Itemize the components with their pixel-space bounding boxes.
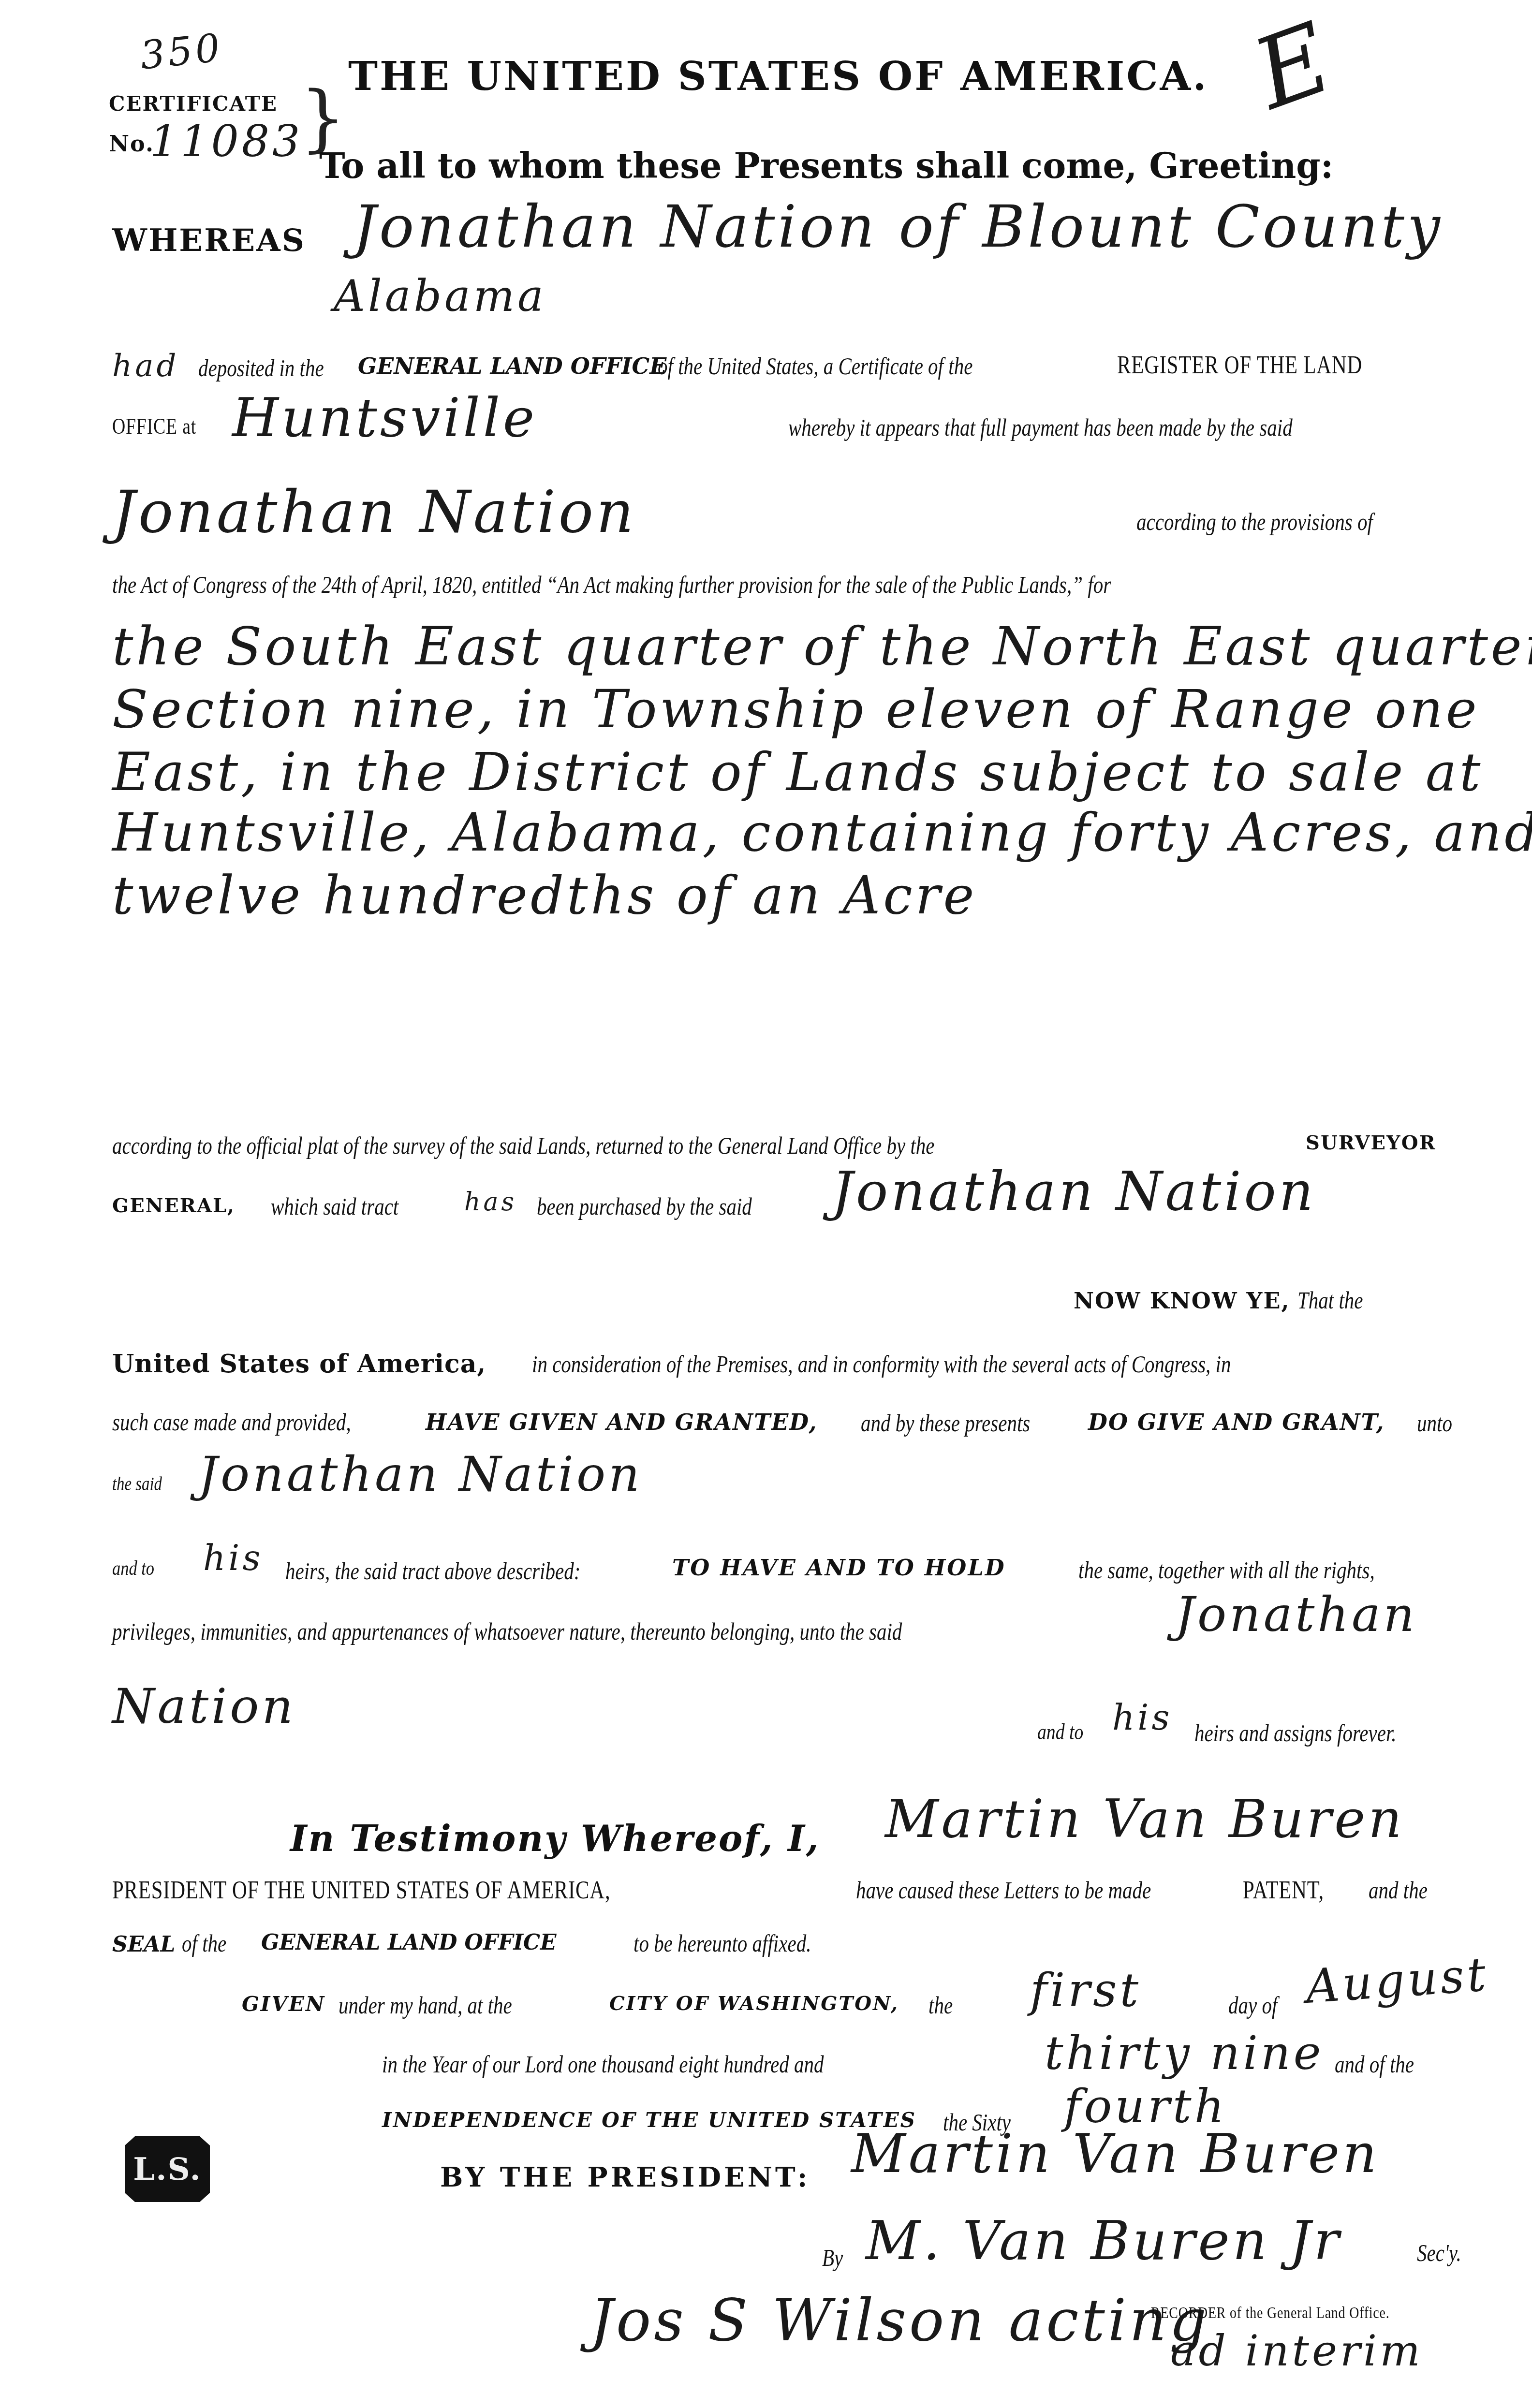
his-handwritten-2: his (1112, 1697, 1172, 1738)
grantee-name: Jonathan Nation (198, 1446, 643, 1502)
heirs-line: and to (112, 1557, 163, 1580)
survey-text-2: which said tract (271, 1192, 398, 1220)
payer-name: Jonathan Nation (112, 479, 636, 546)
land-description-line-5: twelve hundredths of an Acre (112, 866, 977, 926)
heirs-forever: heirs and assigns forever. (1194, 1719, 1397, 1747)
patent-label: PATENT, (1243, 1876, 1324, 1905)
and-the-text: and the (1369, 1876, 1428, 1904)
general-label: GENERAL, (112, 1194, 235, 1217)
and-of-the-text: and of the (1335, 2050, 1414, 2078)
president-line: PRESIDENT OF THE UNITED STATES OF AMERIC… (112, 1876, 610, 1905)
do-give-grant: DO GIVE AND GRANT, (1088, 1409, 1385, 1435)
united-states-of-america: United States of America, (112, 1349, 486, 1379)
day-handwritten: first (1030, 1963, 1141, 2017)
heirs-text: heirs, the said tract above described: (285, 1557, 580, 1585)
and-to-text: and to (112, 1557, 154, 1580)
certificate-number: 11083 (150, 116, 303, 167)
secretary-title: Sec'y. (1417, 2239, 1461, 2267)
privileges-text: privileges, immunities, and appurtenance… (112, 1617, 902, 1645)
under-hand-text: under my hand, at the (339, 1991, 512, 2019)
now-know-ye: NOW KNOW YE, (1074, 1288, 1290, 1314)
deposit-line: had deposited in the (112, 348, 352, 384)
had-handwritten: had (112, 348, 179, 384)
city-of-washington: CITY OF WASHINGTON, (609, 1992, 899, 2015)
year-text: in the Year of our Lord one thousand eig… (382, 2050, 824, 2078)
register-land: REGISTER OF THE LAND (1117, 351, 1362, 380)
affixed-text: to be hereunto affixed. (633, 1929, 811, 1957)
act-text: the Act of Congress of the 24th of April… (112, 571, 1111, 599)
survey-text-1: according to the official plat of the su… (112, 1131, 934, 1160)
grantee-name-county: Jonathan Nation of Blount County (353, 193, 1443, 261)
given-granted-line: such case made and provided, (112, 1408, 403, 1436)
by-text: By (822, 2244, 843, 2272)
purchaser-name: Jonathan Nation (832, 1160, 1316, 1222)
grantee-last-name: Nation (112, 1678, 296, 1734)
deposit-text-2: of the United States, a Certificate of t… (658, 352, 972, 380)
whereas-label: WHEREAS (112, 222, 306, 259)
certificate-brace: } (300, 82, 346, 155)
seal-text: L.S. (133, 2151, 202, 2188)
land-description-line-4: Huntsville, Alabama, containing forty Ac… (112, 803, 1532, 863)
year-handwritten: thirty nine (1045, 2026, 1324, 2080)
surveyor-label: SURVEYOR (1306, 1131, 1436, 1154)
seal-line: SEAL of the (112, 1929, 236, 1957)
grantee-state: Alabama (334, 271, 546, 322)
that-the: That the (1297, 1286, 1363, 1314)
by-the-president: BY THE PRESIDENT: (440, 2161, 810, 2193)
certificate-number-label: No. (109, 131, 154, 157)
same-text: the same, together with all the rights, (1078, 1556, 1375, 1584)
seal-ls: L.S. (125, 2136, 210, 2202)
payment-text: whereby it appears that full payment has… (788, 413, 1293, 441)
president-name-handwritten: Martin Van Buren (885, 1789, 1405, 1850)
now-know-ye-line: NOW KNOW YE, That the (1074, 1286, 1378, 1314)
recorder-note: ad interim (1170, 2326, 1423, 2376)
deposit-text-1: deposited in the (198, 354, 324, 382)
certificate-label: CERTIFICATE (109, 92, 278, 116)
month-handwritten: August (1304, 1947, 1490, 2014)
grantee-first-name: Jonathan (1175, 1586, 1417, 1643)
corner-mark: E (1240, 0, 1348, 132)
his-handwritten: his (203, 1538, 263, 1578)
the-text: the (928, 1991, 953, 2019)
such-case-text: such case made and provided, (112, 1408, 351, 1436)
survey-text-3: been purchased by the said (537, 1192, 752, 1220)
seal-office: GENERAL LAND OFFICE (261, 1930, 557, 1955)
have-given-granted: HAVE GIVEN AND GRANTED, (426, 1409, 818, 1435)
recorder-signature: Jos S Wilson acting (590, 2287, 1209, 2354)
independence-line: INDEPENDENCE OF THE UNITED STATES (382, 2108, 916, 2132)
office-at-label: OFFICE at (112, 413, 196, 439)
document-title: THE UNITED STATES OF AMERICA. (348, 53, 1208, 100)
margin-number: 350 (138, 25, 225, 78)
unto-text: unto (1417, 1409, 1452, 1437)
by-these-presents: and by these presents (861, 1409, 1030, 1437)
land-description-line-2: Section nine, in Township eleven of Rang… (112, 679, 1480, 740)
to-have-and-to-hold: TO HAVE AND TO HOLD (672, 1555, 1006, 1581)
and-to-text-2: and to (1037, 1719, 1083, 1745)
general-land-office: GENERAL LAND OFFICE (358, 353, 666, 379)
land-office-location: Huntsville (232, 387, 537, 449)
provisions-text: according to the provisions of (1136, 508, 1373, 536)
day-of-text: day of (1228, 1991, 1277, 2019)
of-the-text: of the (182, 1929, 226, 1957)
caused-text: have caused these Letters to be made (856, 1876, 1151, 1904)
land-description-line-3: East, in the District of Lands subject t… (112, 742, 1483, 803)
consideration-text: in consideration of the Premises, and in… (532, 1350, 1231, 1378)
has-handwritten: has (464, 1188, 517, 1217)
greeting: To all to whom these Presents shall come… (319, 145, 1333, 186)
seal-label: SEAL (112, 1932, 175, 1957)
president-signature: Martin Van Buren (851, 2123, 1380, 2185)
the-said-text: the said (112, 1472, 162, 1495)
land-description-line-1: the South East quarter of the North East… (112, 617, 1532, 677)
recorder-title: RECORDER of the General Land Office. (1151, 2304, 1390, 2322)
secretary-signature: M. Van Buren Jr (866, 2210, 1342, 2272)
given-label: GIVEN (242, 1992, 326, 2016)
testimony-heading: In Testimony Whereof, I, (290, 1818, 820, 1860)
